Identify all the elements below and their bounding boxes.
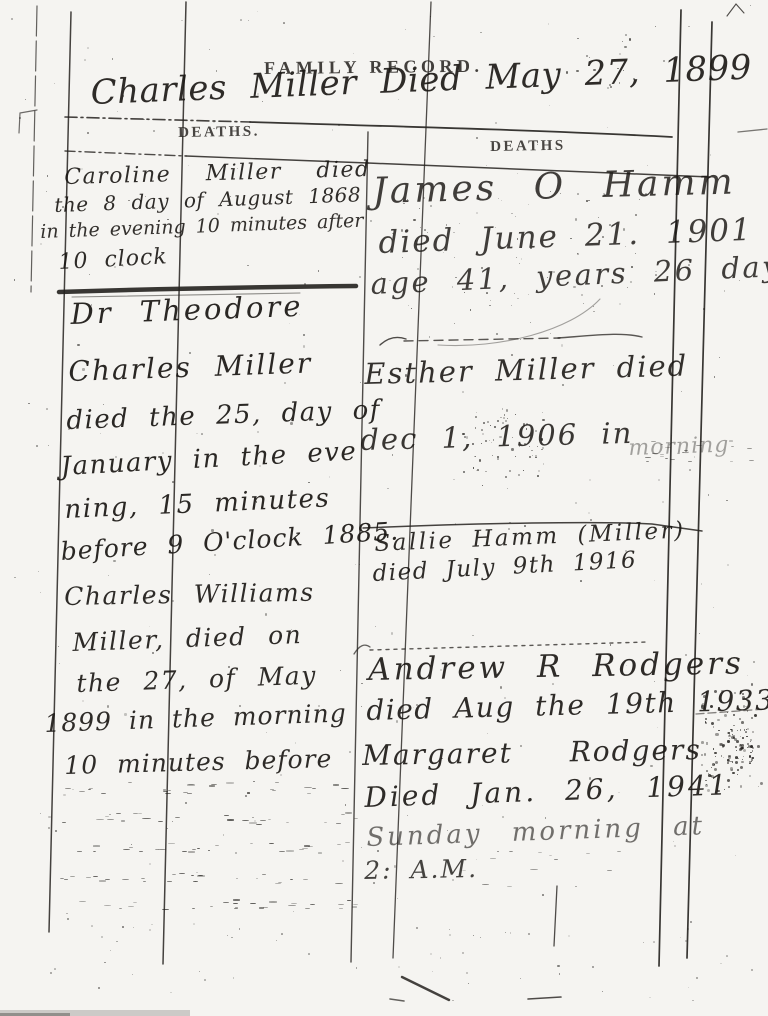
handwritten-line-right-10: Margaret Rodgers — [362, 736, 702, 770]
handwritten-line-left-5: Charles Miller — [68, 349, 313, 385]
handwritten-line-right-5: morning — [628, 434, 730, 460]
handwritten-line-left-11: Miller, died on — [72, 622, 303, 655]
handwritten-line-right-8: Andrew R Rodgers — [368, 648, 744, 686]
handwritten-line-left-9: before 9 O'clock 1885. — [60, 518, 400, 564]
handwritten-line-left-10: Charles Williams — [64, 580, 315, 609]
scanned-family-record-page: FAMILY RECORD. Charles Miller Died May 2… — [0, 0, 768, 1016]
handwritten-line-left-7: January in the eve — [60, 438, 358, 480]
handwritten-line-right-0: James O Hamm — [372, 164, 736, 209]
handwritten-line-left-8: ning, 15 minutes — [64, 485, 331, 523]
handwritten-line-left-13: 1899 in the morning — [44, 700, 347, 736]
right-column-header: DEATHS — [490, 138, 566, 156]
handwritten-line-left-14: 10 minutes before — [64, 746, 333, 778]
handwritten-line-right-9: died Aug the 19th 1933 — [366, 686, 768, 725]
handwritten-line-left-12: the 27, of May — [76, 663, 317, 696]
handwritten-line-right-6: Sallie Hamm (Miller) — [374, 519, 686, 556]
handwritten-line-left-4: Dr Theodore — [70, 292, 304, 329]
handwritten-title-annotation: Charles Miller Died May 27, 1899 — [90, 51, 752, 110]
handwritten-line-left-6: died the 25, day of — [66, 397, 381, 434]
handwritten-line-right-11: Died Jan. 26, 1941 — [364, 771, 730, 812]
handwritten-line-left-3: 10 clock — [58, 246, 168, 274]
handwritten-line-right-12: Sunday morning at — [366, 813, 706, 851]
handwritten-line-right-4: dec 1, 1906 in — [360, 419, 634, 455]
text-layer: FAMILY RECORD. Charles Miller Died May 2… — [0, 0, 768, 1016]
handwritten-line-right-13: 2: A.M. — [364, 856, 478, 883]
handwritten-line-left-2: in the evening 10 minutes after — [40, 212, 364, 242]
handwritten-line-right-3: Esther Miller died — [364, 352, 689, 389]
left-column-header: DEATHS. — [178, 124, 260, 142]
